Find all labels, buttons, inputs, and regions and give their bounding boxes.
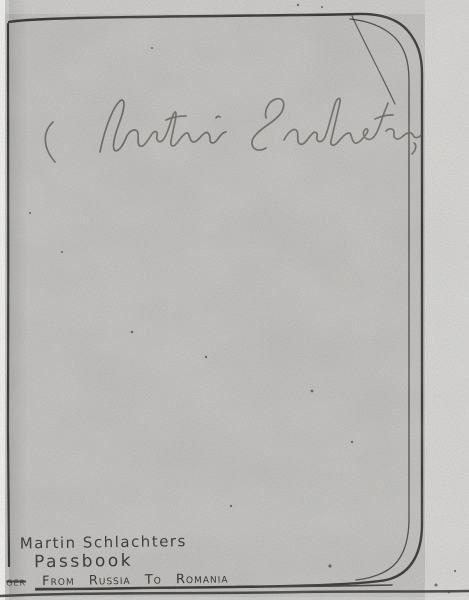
caption-owner-name: Martin Schlachters (20, 534, 228, 552)
cover-border-lines (0, 0, 469, 600)
photocopy-scan: Martin Schlachters Passbook gerFrom Russ… (0, 0, 469, 600)
scan-top-margin (0, 0, 469, 14)
signature-handwriting (40, 84, 425, 172)
caption-route-line: gerFrom Russia To Romania (20, 573, 228, 589)
scan-left-edge (0, 0, 5, 600)
caption-route-text: From Russia To Romania (42, 572, 229, 590)
caption-passbook-label: Passbook (34, 552, 228, 572)
left-edge-shading (9, 0, 27, 600)
cover-inner-border (350, 19, 409, 580)
cover-right-margin (425, 0, 469, 600)
caption-block: Martin Schlachters Passbook gerFrom Russ… (20, 534, 229, 589)
cover-outer-border (9, 14, 422, 589)
bottom-edge-line (0, 591, 469, 596)
scan-specks (29, 4, 456, 594)
caption-crossed-out-word: ger (6, 575, 26, 587)
paper-noise-texture (0, 0, 469, 600)
corner-crease (352, 16, 395, 104)
